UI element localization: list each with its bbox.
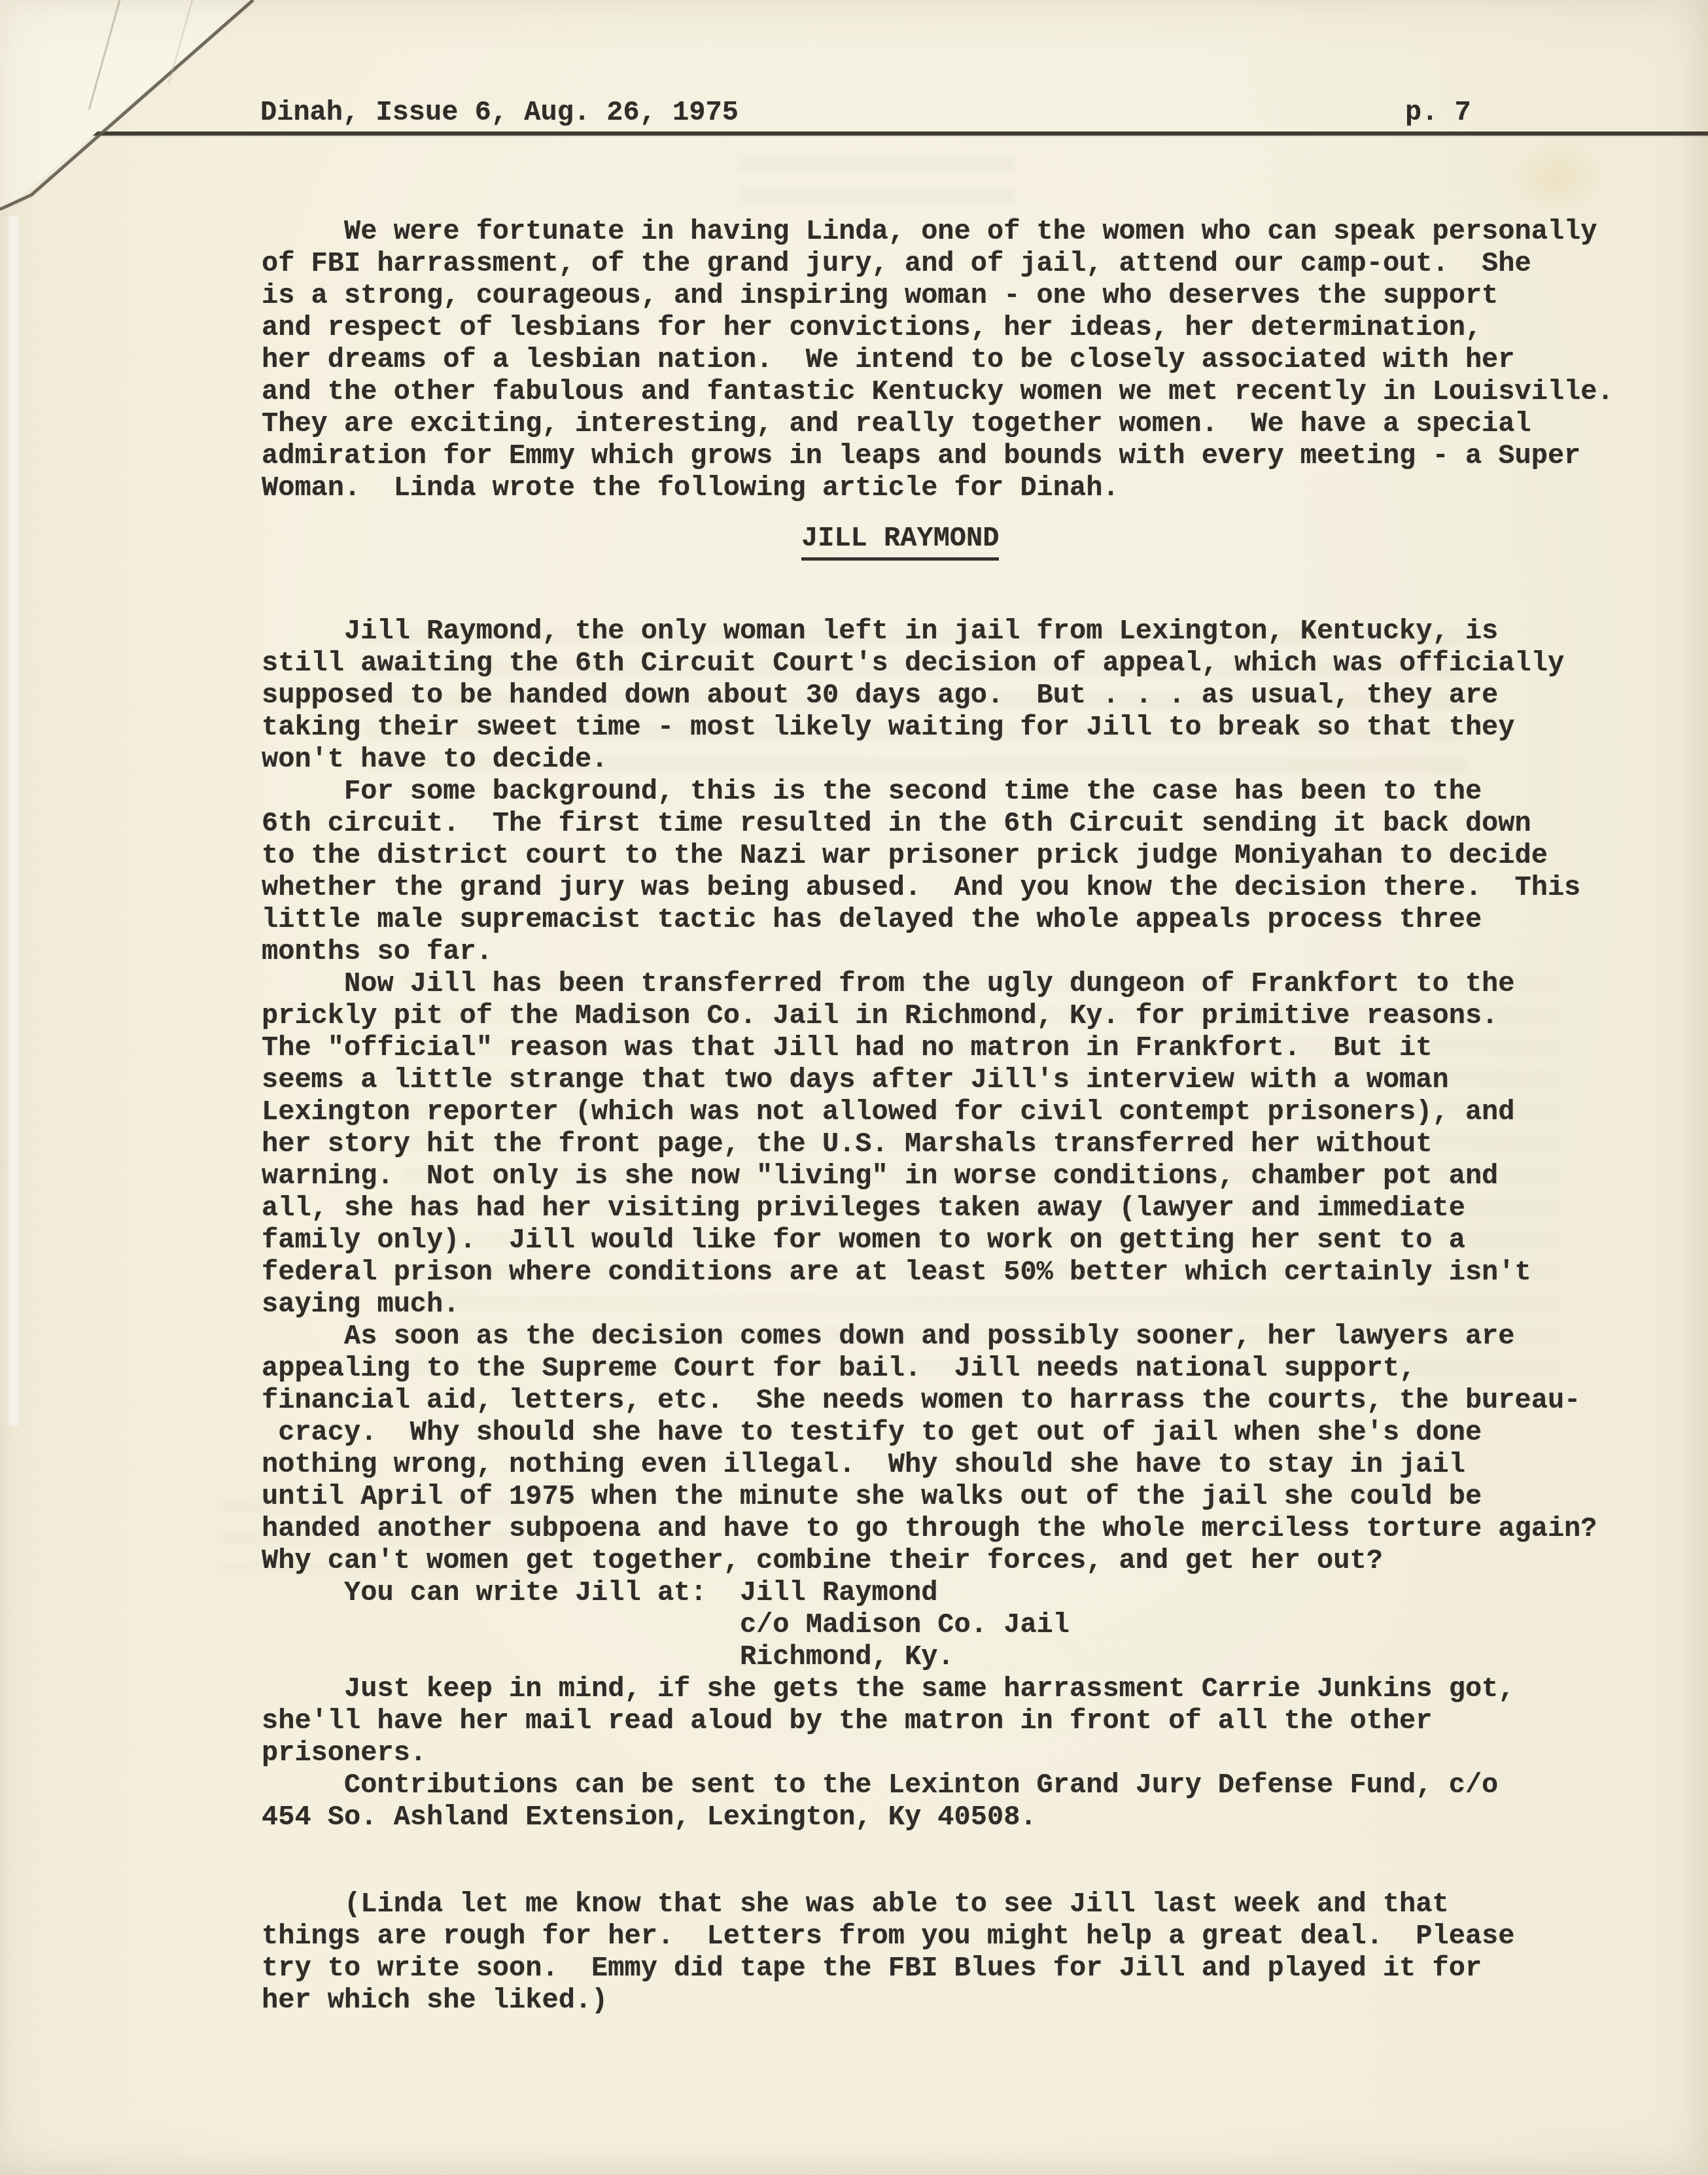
mailing-address-block: You can write Jill at: Jill Raymond c/o … — [262, 1577, 1597, 1673]
article-paragraph: As soon as the decision comes down and p… — [262, 1321, 1597, 1577]
paper-stain — [1505, 137, 1609, 216]
page-number: p. 7 — [1405, 97, 1471, 129]
scanner-edge-artifact — [9, 216, 18, 1426]
fold-crease-lines — [0, 0, 275, 235]
article-paragraph: Now Jill has been transferred from the u… — [262, 968, 1597, 1321]
article-title-wrap: JILL RAYMOND — [801, 523, 999, 561]
newsletter-masthead: Dinah, Issue 6, Aug. 26, 1975 — [260, 97, 739, 129]
header-rule — [0, 131, 1708, 135]
folded-corner — [0, 0, 275, 235]
article-body: Jill Raymond, the only woman left in jai… — [262, 616, 1597, 1834]
fold-flap — [0, 0, 275, 235]
article-paragraph: Jill Raymond, the only woman left in jai… — [262, 616, 1597, 776]
newsletter-page-scan: Dinah, Issue 6, Aug. 26, 1975 p. 7 We we… — [0, 0, 1708, 2175]
article-paragraph: Contributions can be sent to the Lexinto… — [262, 1769, 1597, 1834]
article-paragraph: For some background, this is the second … — [262, 776, 1597, 968]
article-paragraph: Just keep in mind, if she gets the same … — [262, 1673, 1597, 1769]
bleedthrough-ghost — [739, 156, 1014, 207]
closing-note: (Linda let me know that she was able to … — [262, 1888, 1515, 2017]
intro-paragraph: We were fortunate in having Linda, one o… — [262, 216, 1614, 504]
article-title: JILL RAYMOND — [801, 523, 999, 561]
